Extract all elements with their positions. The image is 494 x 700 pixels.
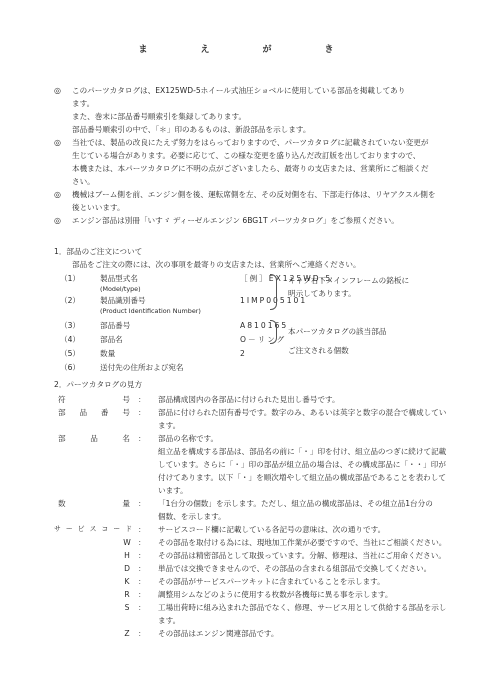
double-circle-bullet-icon: ◎	[54, 136, 66, 149]
definition-service-code: サービスコード ： サービスコード欄に記載している各記号の意味は、次の通りです。	[54, 523, 484, 536]
item-number: （6）	[60, 361, 88, 374]
brace-note-nameplate-1: キャブ右下メインフレームの銘板に	[288, 274, 409, 287]
definition-text: ます。	[158, 419, 448, 432]
double-circle-bullet-icon: ◎	[54, 188, 66, 201]
brace-note-nameplate-2: 明示してあります。	[288, 287, 356, 300]
item-label: 部品名	[100, 333, 200, 346]
definition-text: 組立品を構成する部品は、部品名の前に「・」印を付け、組立品のつぎに続けて記載	[158, 445, 448, 458]
item-sublabel: (Model/type)	[100, 284, 141, 294]
definition-text: います。	[158, 484, 448, 497]
definition-ref-number: 符号 ： 部品構成図内の各部品に付けられた見出し番号です。	[54, 393, 484, 406]
note-engine-parts: ◎ エンジン部品は別冊「いすゞ ディーゼルエンジン 6BG1T パーツカタログ」…	[54, 214, 474, 227]
definition-term: 符号	[58, 393, 130, 406]
service-code-letter: Z	[122, 627, 132, 640]
service-code-letter: R	[122, 588, 132, 601]
note-line: また、巻末に部品番号順索引を集録してあります。	[72, 110, 474, 123]
colon: ：	[138, 549, 146, 562]
preface-notes: ◎ このパーツカタログは、EX125WD-5ホイール式油圧ショベルに使用している…	[54, 84, 474, 227]
service-code-d: D ： 単品では交換できませんので、その部品の含まれる組部品で交換してください。	[54, 562, 484, 575]
item-label: 送付先の住所および宛名	[100, 361, 200, 374]
colon: ：	[138, 536, 146, 549]
colon: ：	[138, 562, 146, 575]
note-line: 後といいます。	[72, 201, 474, 214]
service-code-k: K ： その部品がサービスパーツキットに含まれていることを示します。	[54, 575, 484, 588]
note-line: 当社では、製品の改良にたえず努力をはらっておりますので、パーツカタログに記載され…	[72, 136, 474, 149]
item-number: （5）	[60, 347, 88, 360]
service-code-letter: S	[122, 601, 132, 614]
note-line: 部品番号順索引の中で、「＊」印のあるものは、新設部品を示します。	[72, 123, 474, 136]
service-code-text: 調整用シムなどのように使用する枚数が各機毎に異る事を示します。	[158, 588, 458, 601]
order-item-quantity: （5） 数量 2	[60, 347, 480, 359]
service-code-s: S ： 工場出荷時に組み込まれた部品でなく、修理、サービス用として供給する部品を…	[54, 601, 484, 627]
colon: ：	[138, 523, 146, 536]
definition-text: 部品構成図内の各部品に付けられた見出し番号です。	[158, 393, 448, 406]
service-code-text: その部品がサービスパーツキットに含まれていることを示します。	[158, 575, 458, 588]
right-brace-icon	[270, 320, 277, 344]
service-code-text: ます。	[158, 614, 458, 627]
item-number: （3）	[60, 319, 88, 332]
service-code-text: その部品は精密部品として取扱っています。分解、修理は、当社にご用命ください。	[158, 549, 458, 562]
note-line: 生じている場合があります。必要に応じて、この様な変更を盛り込んだ改訂版を出してお…	[72, 149, 474, 162]
service-code-letter: D	[122, 562, 132, 575]
definition-text: 「1台分の個数」を示します。ただし、組立品の構成部品は、その組立品1台分の	[158, 497, 448, 510]
note-orientation: ◎ 機械はブーム側を前、エンジン側を後、運転席側を左、その反対側を右、下部走行体…	[54, 188, 474, 214]
colon: ：	[138, 406, 146, 419]
definition-part-name: 部品名 ： 部品の名称です。 組立品を構成する部品は、部品名の前に「・」印を付け…	[54, 432, 484, 497]
section-title: 2．パーツカタログの見方	[54, 378, 484, 391]
definition-text: しています。さらに「・」印の部品が組立品の場合は、その構成部品に「・・」印が	[158, 458, 448, 471]
right-brace-icon	[270, 274, 277, 310]
note-catalog-scope: ◎ このパーツカタログは、EX125WD-5ホイール式油圧ショベルに使用している…	[54, 84, 474, 136]
colon: ：	[138, 627, 146, 640]
section-title: 1．部品のご注文について	[54, 245, 474, 258]
service-code-text: その部品を取付ける為には、現地加工作業が必要ですので、当社にご相談ください。	[158, 536, 458, 549]
brace-note-part: 本パーツカタログの該当部品	[288, 325, 386, 338]
document-page: ま え が き ◎ このパーツカタログは、EX125WD-5ホイール式油圧ショベ…	[0, 0, 494, 700]
item-number: （4）	[60, 333, 88, 346]
definition-term: 部品名	[58, 432, 130, 445]
definition-text: サービスコード欄に記載している各記号の意味は、次の通りです。	[158, 523, 448, 536]
colon: ：	[138, 588, 146, 601]
service-code-letter: W	[122, 536, 132, 549]
note-line: 機械はブーム側を前、エンジン側を後、運転席側を左、その反対側を右、下部走行体は、…	[72, 188, 474, 201]
service-code-text: その部品はエンジン関連部品です。	[158, 627, 458, 640]
note-changes: ◎ 当社では、製品の改良にたえず努力をはらっておりますので、パーツカタログに記載…	[54, 136, 474, 188]
note-line: エンジン部品は別冊「いすゞ ディーゼルエンジン 6BG1T パーツカタログ」をご…	[72, 214, 474, 227]
service-code-text: 単品では交換できませんので、その部品の含まれる組部品で交換してください。	[158, 562, 458, 575]
brace-note-quantity: ご注文される個数	[288, 344, 349, 357]
service-code-w: W ： その部品を取付ける為には、現地加工作業が必要ですので、当社にご相談くださ…	[54, 536, 484, 549]
section-ordering: 1．部品のご注文について 部品をご注文の際には、次の事項を最寄りの支店または、営…	[54, 245, 474, 271]
definition-term: 部品番号	[58, 406, 130, 419]
page-title: ま え が き	[0, 44, 494, 57]
note-line: ます。	[72, 97, 474, 110]
definition-term: サービスコード	[54, 523, 132, 536]
item-sublabel: (Product Identification Number)	[100, 306, 201, 316]
service-code-letter: K	[122, 575, 132, 588]
definition-term: 数量	[58, 497, 130, 510]
service-code-z: Z ： その部品はエンジン関連部品です。	[54, 627, 484, 640]
note-line: さい。	[72, 175, 474, 188]
definition-part-number: 部品番号 ： 部品に付けられた固有番号です。数字のみ、あるいは英字と数字の混合で…	[54, 406, 484, 432]
note-line: 本機または、本パーツカタログに不明の点がございましたら、最寄りの支店または、営業…	[72, 162, 474, 175]
colon: ：	[138, 393, 146, 406]
colon: ：	[138, 432, 146, 445]
double-circle-bullet-icon: ◎	[54, 214, 66, 227]
definition-quantity: 数量 ： 「1台分の個数」を示します。ただし、組立品の構成部品は、その組立品1台…	[54, 497, 484, 523]
note-line: このパーツカタログは、EX125WD-5ホイール式油圧ショベルに使用している部品…	[72, 84, 474, 97]
colon: ：	[138, 575, 146, 588]
item-label: 部品番号	[100, 319, 200, 332]
section-how-to-read: 2．パーツカタログの見方 符号 ： 部品構成図内の各部品に付けられた見出し番号で…	[54, 378, 484, 640]
order-item-address: （6） 送付先の住所および宛名	[60, 361, 480, 373]
colon: ：	[138, 601, 146, 614]
section-intro: 部品をご注文の際には、次の事項を最寄りの支店または、営業所へご連絡ください。	[54, 258, 474, 271]
definition-text: 付けてあります。以下「・」を順次増やして組立品の構成部品であることを表わして	[158, 471, 448, 484]
service-code-h: H ： その部品は精密部品として取扱っています。分解、修理は、当社にご用命くださ…	[54, 549, 484, 562]
service-code-text: 工場出荷時に組み込まれた部品でなく、修理、サービス用として供給する部品を示し	[158, 601, 458, 614]
service-code-letter: H	[122, 549, 132, 562]
definition-text: 個数、を示します。	[158, 510, 448, 523]
service-code-r: R ： 調整用シムなどのように使用する枚数が各機毎に異る事を示します。	[54, 588, 484, 601]
definition-text: 部品の名称です。	[158, 432, 448, 445]
colon: ：	[138, 497, 146, 510]
order-items: （1） 製品型式名 ［例］EX125WD-5 (Model/type) （2） …	[60, 272, 480, 373]
item-label: 数量	[100, 347, 200, 360]
double-circle-bullet-icon: ◎	[54, 84, 66, 97]
definition-text: 部品に付けられた固有番号です。数字のみ、あるいは英字と数字の混合で構成してい	[158, 406, 448, 419]
